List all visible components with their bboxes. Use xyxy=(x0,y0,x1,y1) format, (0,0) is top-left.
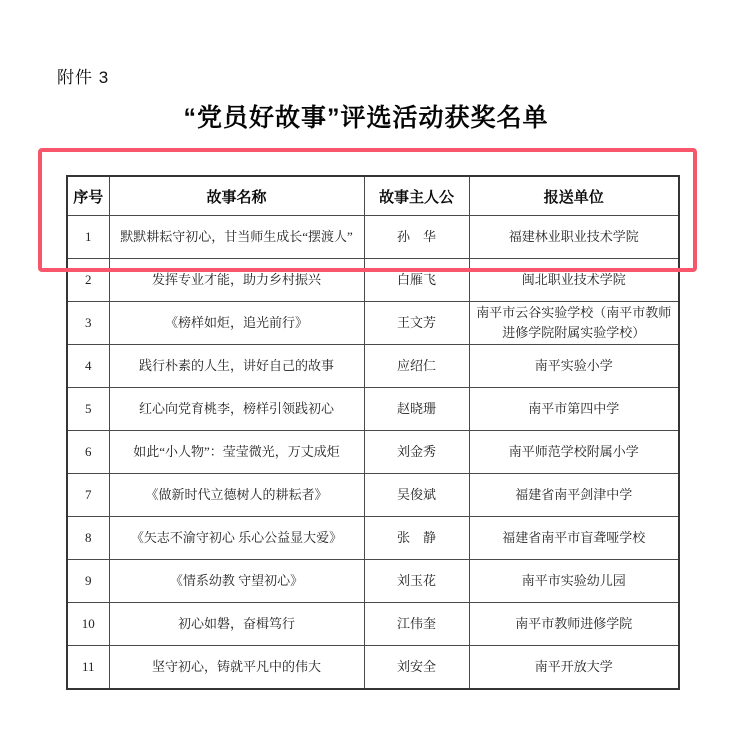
cell-story: 《做新时代立德树人的耕耘者》 xyxy=(109,474,364,517)
cell-protagonist: 刘玉花 xyxy=(364,560,469,603)
cell-no: 9 xyxy=(67,560,109,603)
table-row: 10 初心如磐，奋楫笃行 江伟奎 南平市教师进修学院 xyxy=(67,603,679,646)
cell-no: 8 xyxy=(67,517,109,560)
cell-story: 如此“小人物”：莹莹微光，万丈成炬 xyxy=(109,431,364,474)
cell-unit: 福建省南平市盲聋哑学校 xyxy=(469,517,679,560)
table-row: 4 践行朴素的人生，讲好自己的故事 应绍仁 南平实验小学 xyxy=(67,345,679,388)
cell-protagonist: 刘金秀 xyxy=(364,431,469,474)
cell-protagonist: 吴俊斌 xyxy=(364,474,469,517)
cell-protagonist: 张 静 xyxy=(364,517,469,560)
attachment-label: 附件 3 xyxy=(57,63,109,88)
cell-story: 《矢志不渝守初心 乐心公益显大爱》 xyxy=(109,517,364,560)
cell-unit: 南平市云谷实验学校（南平市教师进修学院附属实验学校） xyxy=(469,302,679,345)
column-header-story: 故事名称 xyxy=(109,176,364,216)
table-row: 8 《矢志不渝守初心 乐心公益显大爱》 张 静 福建省南平市盲聋哑学校 xyxy=(67,517,679,560)
table-row: 1 默默耕耘守初心，甘当师生成长“摆渡人” 孙 华 福建林业职业技术学院 xyxy=(67,216,679,259)
awards-table: 序号 故事名称 故事主人公 报送单位 1 默默耕耘守初心，甘当师生成长“摆渡人”… xyxy=(66,175,680,690)
header-row: 序号 故事名称 故事主人公 报送单位 xyxy=(67,176,679,216)
table-row: 9 《情系幼教 守望初心》 刘玉花 南平市实验幼儿园 xyxy=(67,560,679,603)
cell-no: 6 xyxy=(67,431,109,474)
cell-no: 2 xyxy=(67,259,109,302)
cell-unit: 南平市教师进修学院 xyxy=(469,603,679,646)
cell-story: 初心如磐，奋楫笃行 xyxy=(109,603,364,646)
cell-unit: 南平实验小学 xyxy=(469,345,679,388)
document-page: { "page": { "attachment_label": "附件 3", … xyxy=(0,0,732,749)
cell-unit: 南平市实验幼儿园 xyxy=(469,560,679,603)
cell-no: 4 xyxy=(67,345,109,388)
table-row: 5 红心向党育桃李，榜样引领践初心 赵晓珊 南平市第四中学 xyxy=(67,388,679,431)
cell-protagonist: 刘安全 xyxy=(364,646,469,690)
cell-protagonist: 应绍仁 xyxy=(364,345,469,388)
cell-no: 11 xyxy=(67,646,109,690)
cell-protagonist: 江伟奎 xyxy=(364,603,469,646)
cell-unit: 南平师范学校附属小学 xyxy=(469,431,679,474)
column-header-no: 序号 xyxy=(67,176,109,216)
cell-protagonist: 白雁飞 xyxy=(364,259,469,302)
awards-table-body: 1 默默耕耘守初心，甘当师生成长“摆渡人” 孙 华 福建林业职业技术学院 2 发… xyxy=(67,216,679,690)
column-header-protagonist: 故事主人公 xyxy=(364,176,469,216)
table-row: 2 发挥专业才能，助力乡村振兴 白雁飞 闽北职业技术学院 xyxy=(67,259,679,302)
page-title: “党员好故事”评选活动获奖名单 xyxy=(0,98,732,134)
cell-unit: 南平开放大学 xyxy=(469,646,679,690)
cell-story: 践行朴素的人生，讲好自己的故事 xyxy=(109,345,364,388)
cell-unit: 福建林业职业技术学院 xyxy=(469,216,679,259)
cell-unit: 福建省南平剑津中学 xyxy=(469,474,679,517)
table-row: 11 坚守初心，铸就平凡中的伟大 刘安全 南平开放大学 xyxy=(67,646,679,690)
cell-no: 1 xyxy=(67,216,109,259)
awards-table-header: 序号 故事名称 故事主人公 报送单位 xyxy=(67,176,679,216)
cell-protagonist: 孙 华 xyxy=(364,216,469,259)
cell-story: 默默耕耘守初心，甘当师生成长“摆渡人” xyxy=(109,216,364,259)
cell-protagonist: 王文芳 xyxy=(364,302,469,345)
cell-no: 7 xyxy=(67,474,109,517)
table-row: 3 《榜样如炬，追光前行》 王文芳 南平市云谷实验学校（南平市教师进修学院附属实… xyxy=(67,302,679,345)
column-header-unit: 报送单位 xyxy=(469,176,679,216)
cell-story: 发挥专业才能，助力乡村振兴 xyxy=(109,259,364,302)
cell-story: 《榜样如炬，追光前行》 xyxy=(109,302,364,345)
cell-unit: 南平市第四中学 xyxy=(469,388,679,431)
table-row: 7 《做新时代立德树人的耕耘者》 吴俊斌 福建省南平剑津中学 xyxy=(67,474,679,517)
cell-no: 10 xyxy=(67,603,109,646)
cell-unit: 闽北职业技术学院 xyxy=(469,259,679,302)
cell-protagonist: 赵晓珊 xyxy=(364,388,469,431)
cell-story: 《情系幼教 守望初心》 xyxy=(109,560,364,603)
cell-story: 坚守初心，铸就平凡中的伟大 xyxy=(109,646,364,690)
cell-no: 3 xyxy=(67,302,109,345)
table-row: 6 如此“小人物”：莹莹微光，万丈成炬 刘金秀 南平师范学校附属小学 xyxy=(67,431,679,474)
cell-no: 5 xyxy=(67,388,109,431)
cell-story: 红心向党育桃李，榜样引领践初心 xyxy=(109,388,364,431)
